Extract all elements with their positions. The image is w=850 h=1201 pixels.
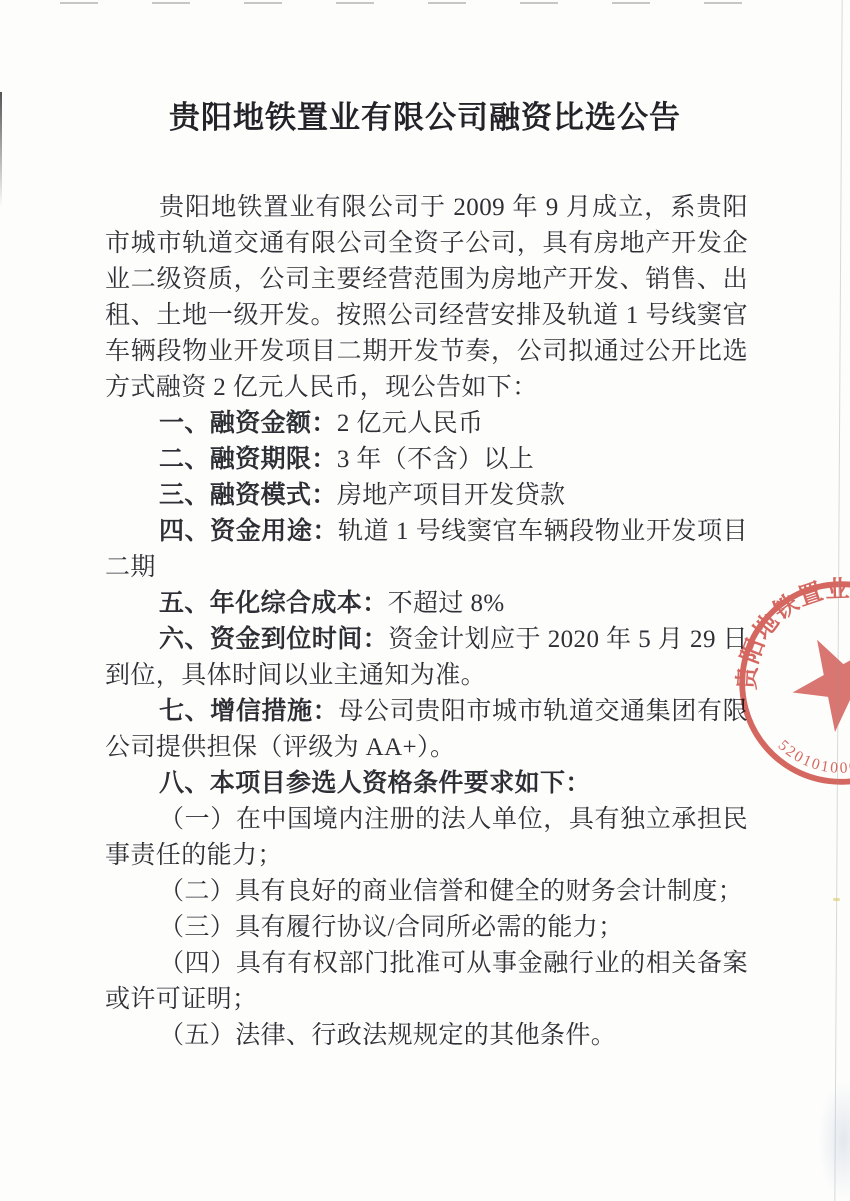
intro-paragraph: 贵阳地铁置业有限公司于 2009 年 9 月成立，系贵阳市城市轨道交通有限公司全… [105, 190, 748, 406]
list-item: 六、资金到位时间：资金计划应于 2020 年 5 月 29 日到位，具体时间以业… [105, 622, 748, 694]
page-title: 贵阳地铁置业有限公司融资比选公告 [0, 96, 850, 140]
item-label: 四、资金用途： [159, 518, 338, 545]
condition-item: （一）在中国境内注册的法人单位，具有独立承担民事责任的能力； [105, 802, 748, 874]
scan-artifact-top-streaks [60, 2, 760, 4]
scan-artifact-left-edge [0, 92, 2, 207]
condition-item: （五）法律、行政法规规定的其他条件。 [105, 1018, 748, 1054]
item-label: 八、本项目参选人资格条件要求如下： [159, 770, 591, 797]
list-item: 八、本项目参选人资格条件要求如下： [105, 766, 748, 802]
list-item: 三、融资模式：房地产项目开发贷款 [105, 478, 748, 514]
document-body: 贵阳地铁置业有限公司于 2009 年 9 月成立，系贵阳市城市轨道交通有限公司全… [0, 190, 850, 1054]
scan-artifact-smudge [818, 1080, 850, 1200]
item-value: 房地产项目开发贷款 [337, 482, 566, 509]
item-label: 六、资金到位时间： [159, 626, 388, 653]
list-item: 五、年化综合成本：不超过 8% [105, 586, 748, 622]
item-label: 七、增信措施： [159, 698, 338, 725]
item-label: 五、年化综合成本： [159, 590, 388, 617]
list-item: 一、融资金额：2 亿元人民币 [105, 406, 748, 442]
list-item: 二、融资期限：3 年（不含）以上 [105, 442, 748, 478]
condition-item: （二）具有良好的商业信誉和健全的财务会计制度； [105, 874, 748, 910]
document-page: 贵阳地铁置业有限公司融资比选公告 贵阳地铁置业有限公司于 2009 年 9 月成… [0, 0, 850, 1201]
list-item: 七、增信措施：母公司贵阳市城市轨道交通集团有限公司提供担保（评级为 AA+）。 [105, 694, 748, 766]
item-value: 2 亿元人民币 [337, 410, 484, 437]
condition-item: （三）具有履行协议/合同所必需的能力； [105, 910, 748, 946]
item-label: 二、融资期限： [159, 446, 337, 473]
item-value: 3 年（不含）以上 [337, 446, 534, 473]
scan-artifact-speck [833, 898, 840, 901]
item-label: 一、融资金额： [159, 410, 337, 437]
condition-item: （四）具有有权部门批准可从事金融行业的相关备案或许可证明； [105, 946, 748, 1018]
list-item: 四、资金用途：轨道 1 号线窦官车辆段物业开发项目二期 [105, 514, 748, 586]
item-label: 三、融资模式： [159, 482, 337, 509]
item-value: 不超过 8% [388, 590, 505, 617]
